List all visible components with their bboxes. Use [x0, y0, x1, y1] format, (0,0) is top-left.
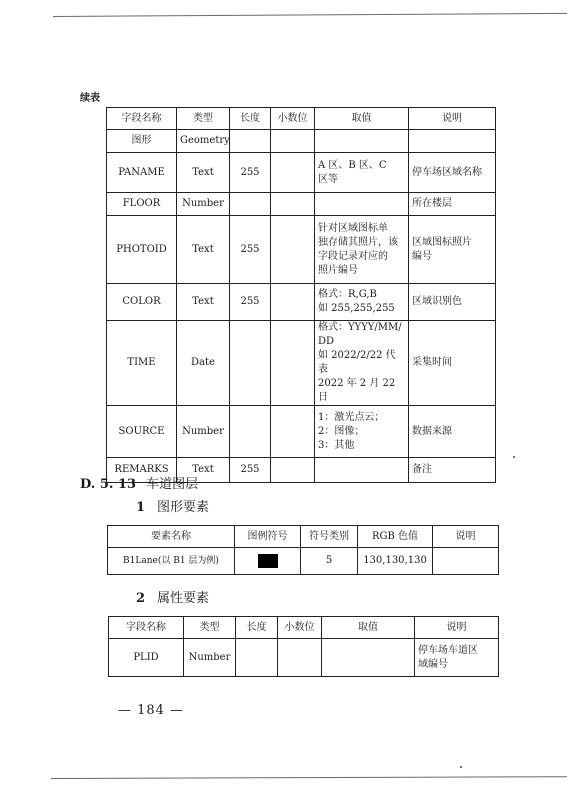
value-line: 如 255,255,255: [318, 302, 405, 316]
cell-symbol-type: 5: [301, 548, 358, 575]
cell-field-name: 图形: [107, 130, 177, 153]
header-field-name: 字段名称: [107, 108, 177, 130]
value-line: DD: [318, 335, 405, 349]
header-description: 说明: [415, 617, 499, 639]
value-line: 区等: [318, 173, 405, 187]
header-field-name: 字段名称: [109, 617, 184, 639]
cell-value: 格式：YYYY/MM/ DD 如 2022/2/22 代表 2022 年 2 月…: [315, 321, 409, 406]
subsection-heading-graphic-elements: 1图形要素: [136, 496, 209, 515]
cell-decimals: [271, 216, 315, 284]
cell-description: 区域图标照片 编号: [409, 216, 496, 284]
cell-decimals: [271, 193, 315, 216]
header-symbol-type: 符号类别: [301, 526, 358, 548]
cell-length: 255: [230, 153, 271, 193]
black-square-icon: [258, 554, 278, 568]
description-line: 区域图标照片: [412, 236, 492, 250]
header-length: 长度: [236, 617, 278, 639]
cell-type: Number: [177, 193, 230, 216]
table-row: 图形 Geometry: [107, 130, 496, 153]
value-line: 3：其他: [318, 439, 405, 453]
section-number: D. 5. 13: [80, 477, 136, 492]
section-heading: D. 5. 13车道图层: [80, 473, 198, 492]
cell-length: [230, 130, 271, 153]
value-line: 格式：YYYY/MM/: [318, 321, 405, 335]
cell-rgb: 130,130,130: [358, 548, 433, 575]
cell-description: [409, 130, 496, 153]
cell-length: [230, 321, 271, 406]
table-row: SOURCE Number 1：激光点云； 2：图像； 3：其他 数据来源: [107, 406, 496, 458]
cell-description: 所在楼层: [409, 193, 496, 216]
cell-value: 1：激光点云； 2：图像； 3：其他: [315, 406, 409, 458]
header-length: 长度: [230, 108, 271, 130]
value-line: 格式：R,G,B: [318, 288, 405, 302]
table-row: FLOOR Number 所在楼层: [107, 193, 496, 216]
cell-type: Text: [177, 284, 230, 321]
header-decimals: 小数位: [271, 108, 315, 130]
page-top-rule: [53, 13, 567, 17]
cell-length: [230, 193, 271, 216]
cell-type: Number: [177, 406, 230, 458]
table-continued-caption: 续表: [80, 89, 100, 104]
table-row: COLOR Text 255 格式：R,G,B 如 255,255,255 区域…: [107, 284, 496, 321]
table-row: PHOTOID Text 255 针对区域图标单 独存储其照片，该 字段记录对应…: [107, 216, 496, 284]
cell-description: 停车场车道区 域编号: [415, 639, 499, 677]
scan-speck: [460, 766, 462, 768]
cell-value: 格式：R,G,B 如 255,255,255: [315, 284, 409, 321]
description-line: 域编号: [418, 658, 495, 672]
cell-field-name: PHOTOID: [107, 216, 177, 284]
description-line: 编号: [412, 250, 492, 264]
subsection-heading-attribute-elements: 2属性要素: [136, 587, 209, 606]
subsection-number: 2: [136, 591, 145, 606]
header-value: 取值: [315, 108, 409, 130]
cell-description: [433, 548, 499, 575]
value-line: 针对区域图标单: [318, 222, 405, 236]
value-line: 独存储其照片，该: [318, 236, 405, 250]
cell-value: [315, 193, 409, 216]
cell-value: [315, 130, 409, 153]
cell-field-name: FLOOR: [107, 193, 177, 216]
header-legend-symbol: 图例符号: [235, 526, 301, 548]
cell-element-name: B1Lane(以 B1 层为例): [108, 548, 235, 575]
cell-field-name: SOURCE: [107, 406, 177, 458]
cell-decimals: [278, 639, 322, 677]
subsection-title: 图形要素: [157, 500, 209, 515]
table-header-row: 字段名称 类型 长度 小数位 取值 说明: [107, 108, 496, 130]
cell-value: [322, 639, 415, 677]
value-line: 1：激光点云；: [318, 411, 405, 425]
table-header-row: 要素名称 图例符号 符号类别 RGB 色值 说明: [108, 526, 499, 548]
value-line: 字段记录对应的: [318, 250, 405, 264]
value-line: 照片编号: [318, 264, 405, 278]
header-decimals: 小数位: [278, 617, 322, 639]
cell-value: 针对区域图标单 独存储其照片，该 字段记录对应的 照片编号: [315, 216, 409, 284]
cell-type: Geometry: [177, 130, 230, 153]
cell-description: 区域识别色: [409, 284, 496, 321]
scan-speck: [513, 456, 515, 458]
table-header-row: 字段名称 类型 长度 小数位 取值 说明: [109, 617, 499, 639]
cell-length: [230, 406, 271, 458]
value-line: 2：图像；: [318, 425, 405, 439]
cell-field-name: PLID: [109, 639, 184, 677]
value-line: A 区、B 区、C: [318, 159, 405, 173]
cell-length: [236, 639, 278, 677]
cell-type: Text: [177, 216, 230, 284]
cell-decimals: [271, 458, 315, 483]
cell-description: 采集时间: [409, 321, 496, 406]
cell-description: 备注: [409, 458, 496, 483]
cell-length: 255: [230, 284, 271, 321]
attribute-elements-table: 字段名称 类型 长度 小数位 取值 说明 PLID Number 停车场车道区 …: [108, 616, 499, 677]
cell-decimals: [271, 130, 315, 153]
cell-value: [315, 458, 409, 483]
graphic-elements-table: 要素名称 图例符号 符号类别 RGB 色值 说明 B1Lane(以 B1 层为例…: [107, 525, 499, 575]
header-element-name: 要素名称: [108, 526, 235, 548]
table-row: TIME Date 格式：YYYY/MM/ DD 如 2022/2/22 代表 …: [107, 321, 496, 406]
table-row: B1Lane(以 B1 层为例) 5 130,130,130: [108, 548, 499, 575]
value-line: 2022 年 2 月 22 日: [318, 377, 405, 405]
cell-type: Text: [177, 153, 230, 193]
subsection-number: 1: [136, 500, 145, 515]
value-line: 如 2022/2/22 代表: [318, 349, 405, 377]
header-rgb: RGB 色值: [358, 526, 433, 548]
page-bottom-rule: [51, 776, 567, 779]
cell-decimals: [271, 406, 315, 458]
section-title: 车道图层: [146, 477, 198, 492]
cell-length: 255: [230, 458, 271, 483]
cell-decimals: [271, 321, 315, 406]
cell-field-name: TIME: [107, 321, 177, 406]
cell-field-name: COLOR: [107, 284, 177, 321]
cell-decimals: [271, 284, 315, 321]
header-type: 类型: [177, 108, 230, 130]
header-type: 类型: [184, 617, 236, 639]
description-line: 停车场车道区: [418, 644, 495, 658]
page-number: — 184 —: [118, 703, 184, 718]
cell-decimals: [271, 153, 315, 193]
cell-field-name: PANAME: [107, 153, 177, 193]
header-value: 取值: [322, 617, 415, 639]
table-row: PANAME Text 255 A 区、B 区、C 区等 停车场区域名称: [107, 153, 496, 193]
cell-legend-symbol: [235, 548, 301, 575]
table-row: PLID Number 停车场车道区 域编号: [109, 639, 499, 677]
cell-type: Number: [184, 639, 236, 677]
cell-length: 255: [230, 216, 271, 284]
cell-value: A 区、B 区、C 区等: [315, 153, 409, 193]
cell-description: 数据来源: [409, 406, 496, 458]
header-description: 说明: [409, 108, 496, 130]
attribute-table-continued: 字段名称 类型 长度 小数位 取值 说明 图形 Geometry PANAME …: [106, 107, 496, 483]
header-description: 说明: [433, 526, 499, 548]
subsection-title: 属性要素: [157, 591, 209, 606]
cell-type: Date: [177, 321, 230, 406]
cell-description: 停车场区域名称: [409, 153, 496, 193]
